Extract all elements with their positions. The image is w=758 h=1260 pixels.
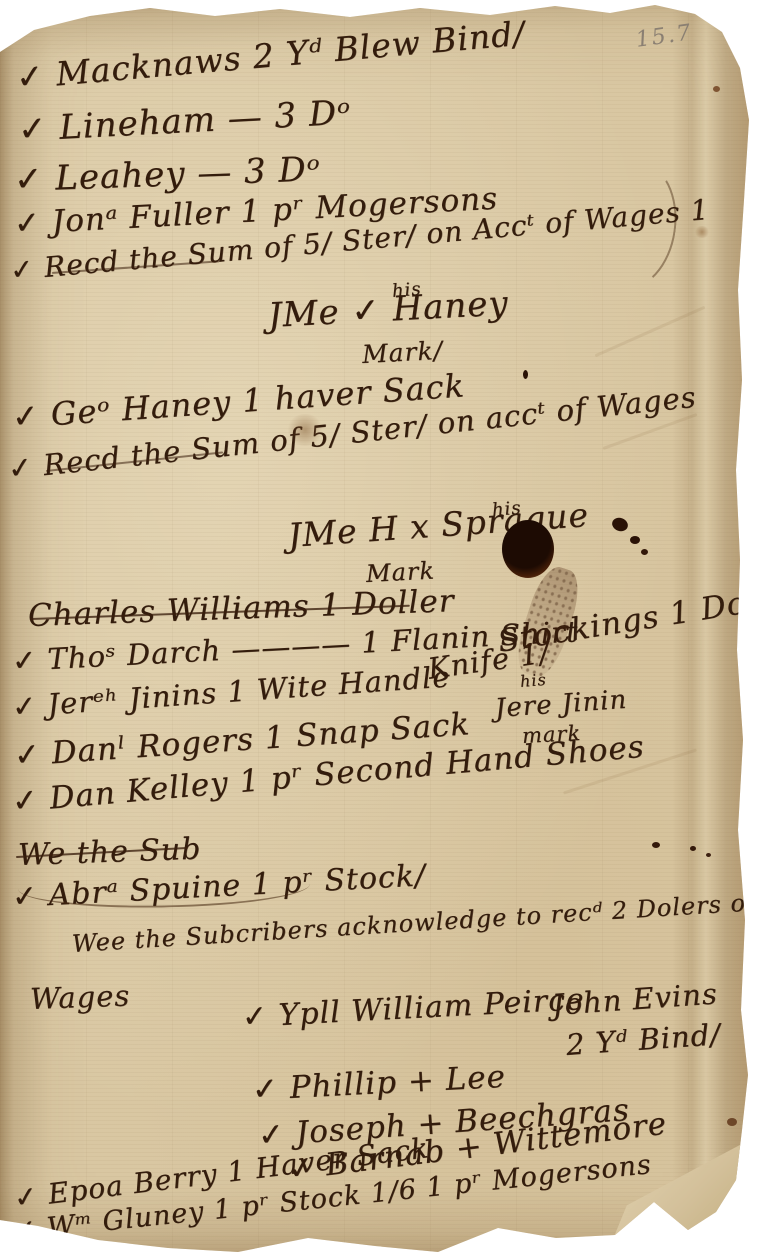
ink-speck — [706, 853, 711, 857]
ink-speck — [690, 846, 696, 851]
signature-mark-label: Mark/ — [361, 336, 443, 369]
manuscript-line: ✓ Lineham — 3 Dᵒ — [17, 93, 352, 150]
folio-number: 15.7 — [634, 20, 694, 53]
show-through-mark — [595, 306, 706, 358]
signature-line: ✓ Phillip + Lee — [251, 1059, 507, 1108]
ink-speck — [641, 549, 648, 555]
manuscript-page: 15.7 ✓ Macknaws 2 Yᵈ Blew Bind/ ✓ Lineha… — [0, 0, 758, 1260]
ink-speck — [630, 536, 640, 544]
ink-speck — [523, 370, 528, 379]
signature-line: ✓ Ypll William Peirce — [241, 982, 585, 1035]
signature-line: JMe ✓ Haney — [267, 283, 510, 336]
manuscript-line: 2 Yᵈ Bind/ — [565, 1017, 722, 1062]
stain-spot — [694, 226, 710, 238]
stain-spot — [286, 414, 324, 446]
signature-line: Jere Jinin — [494, 685, 628, 724]
scan-background: 15.7 ✓ Macknaws 2 Yᵈ Blew Bind/ ✓ Lineha… — [0, 0, 758, 1260]
ink-speck — [713, 86, 720, 92]
folded-corner — [598, 1130, 758, 1260]
manuscript-line: ✓ Macknaws 2 Yᵈ Blew Bind/ — [14, 14, 526, 97]
ink-speck — [610, 516, 629, 534]
acknowledgement-line: Wages — [29, 979, 130, 1016]
pen-flourish — [577, 154, 684, 295]
ink-blot — [502, 520, 554, 578]
ink-speck — [727, 1118, 737, 1126]
ink-speck — [652, 842, 660, 848]
